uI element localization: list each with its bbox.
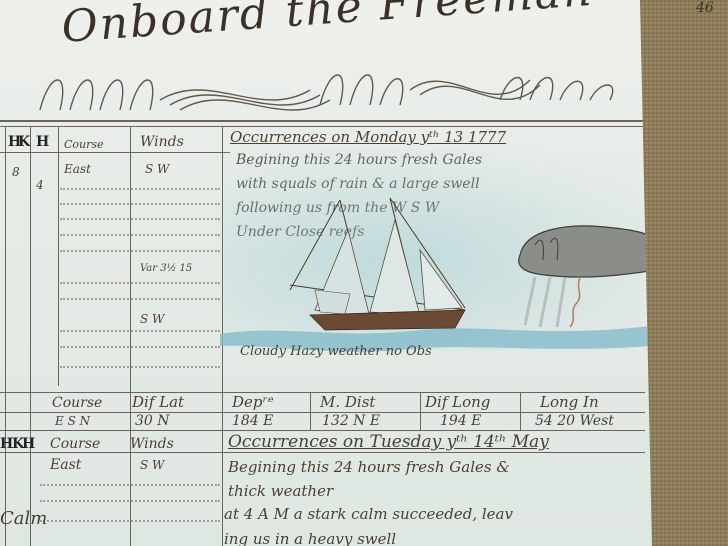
dotted-row [60, 366, 220, 368]
dotted-row [60, 188, 220, 190]
dotted-row [60, 218, 220, 220]
entry2-line-4: ing us in a heavy swell [224, 530, 396, 546]
dotted-row [40, 500, 220, 502]
calligraphic-flourish [30, 60, 630, 120]
dotted-row [40, 520, 220, 522]
variation-note: Var 3½ 15 [140, 263, 192, 274]
column-header-course: Course [64, 138, 104, 151]
dotted-row [60, 330, 220, 332]
col-rule [5, 126, 6, 546]
summary-dif-long: 194 E [440, 413, 481, 429]
col-rule [30, 126, 31, 546]
summary-col-rule [310, 392, 311, 430]
hk-value: 4 [36, 178, 44, 192]
dotted-row [60, 250, 220, 252]
page-number: 46 [696, 0, 714, 16]
winds-lower-note: S W [140, 312, 164, 326]
summary-dif-lat: 30 N [135, 413, 170, 429]
entry2-header-rule [0, 452, 645, 453]
header-rule [0, 120, 645, 122]
entry2-line-3: at 4 A M a stark calm succeeded, leav [224, 505, 513, 523]
occurrences-heading-1: Occurrences on Monday yᵗʰ 13 1777 [230, 128, 506, 146]
summary-header-dif-long: Dif Long [425, 393, 490, 411]
summary-long-in: 54 20 West [535, 413, 614, 429]
summary-header-long-in: Long In [540, 393, 599, 411]
entry2-line-2: thick weather [228, 482, 333, 500]
column-header-rule [0, 152, 230, 153]
schooner-illustration [230, 190, 480, 340]
weather-caption: Cloudy Hazy weather no Obs [240, 344, 432, 359]
logbook-page: Onboard the Freeman H K H Course Winds E… [0, 0, 652, 546]
dotted-row [60, 203, 220, 205]
entry2-calm-note: Calm [0, 508, 47, 529]
summary-m-dist: 132 N E [322, 413, 380, 429]
entry2-column-header-course: Course [50, 436, 100, 452]
summary-bottom-rule [0, 430, 645, 431]
dotted-row [40, 484, 220, 486]
entry2-column-header-winds: Winds [130, 436, 174, 452]
dotted-row [60, 282, 220, 284]
column-header-winds: Winds [140, 134, 184, 150]
page-title: Onboard the Freeman [60, 0, 595, 53]
storm-cloud-illustration [505, 215, 655, 335]
summary-header-course: Course [52, 395, 102, 411]
column-header-k: K [18, 134, 30, 150]
entry2-line-1: Begining this 24 hours fresh Gales & [228, 458, 510, 476]
dotted-row [60, 298, 220, 300]
summary-header-departure: Depʳᵉ [232, 393, 274, 411]
winds-value: S W [145, 162, 169, 176]
occurrences-heading-2: Occurrences on Tuesday yᵗʰ 14ᵗʰ May [228, 432, 549, 452]
k-value: 8 [12, 165, 20, 179]
summary-departure: 184 E [232, 413, 273, 429]
column-header-hk: H [36, 134, 49, 150]
summary-course: E S N [55, 414, 90, 428]
header-rule-2 [0, 126, 645, 127]
col-rule [58, 126, 59, 386]
entry2-course-value: East [50, 457, 81, 473]
course-value: East [64, 162, 91, 176]
dotted-row [60, 346, 220, 348]
summary-col-rule [520, 392, 521, 430]
summary-col-rule [420, 392, 421, 430]
entry2-column-header-hk: H [22, 436, 35, 452]
summary-header-dif-lat: Dif Lat [132, 393, 184, 411]
entry2-winds-value: S W [140, 458, 164, 472]
summary-header-m-dist: M. Dist [320, 393, 375, 411]
dotted-row [60, 234, 220, 236]
